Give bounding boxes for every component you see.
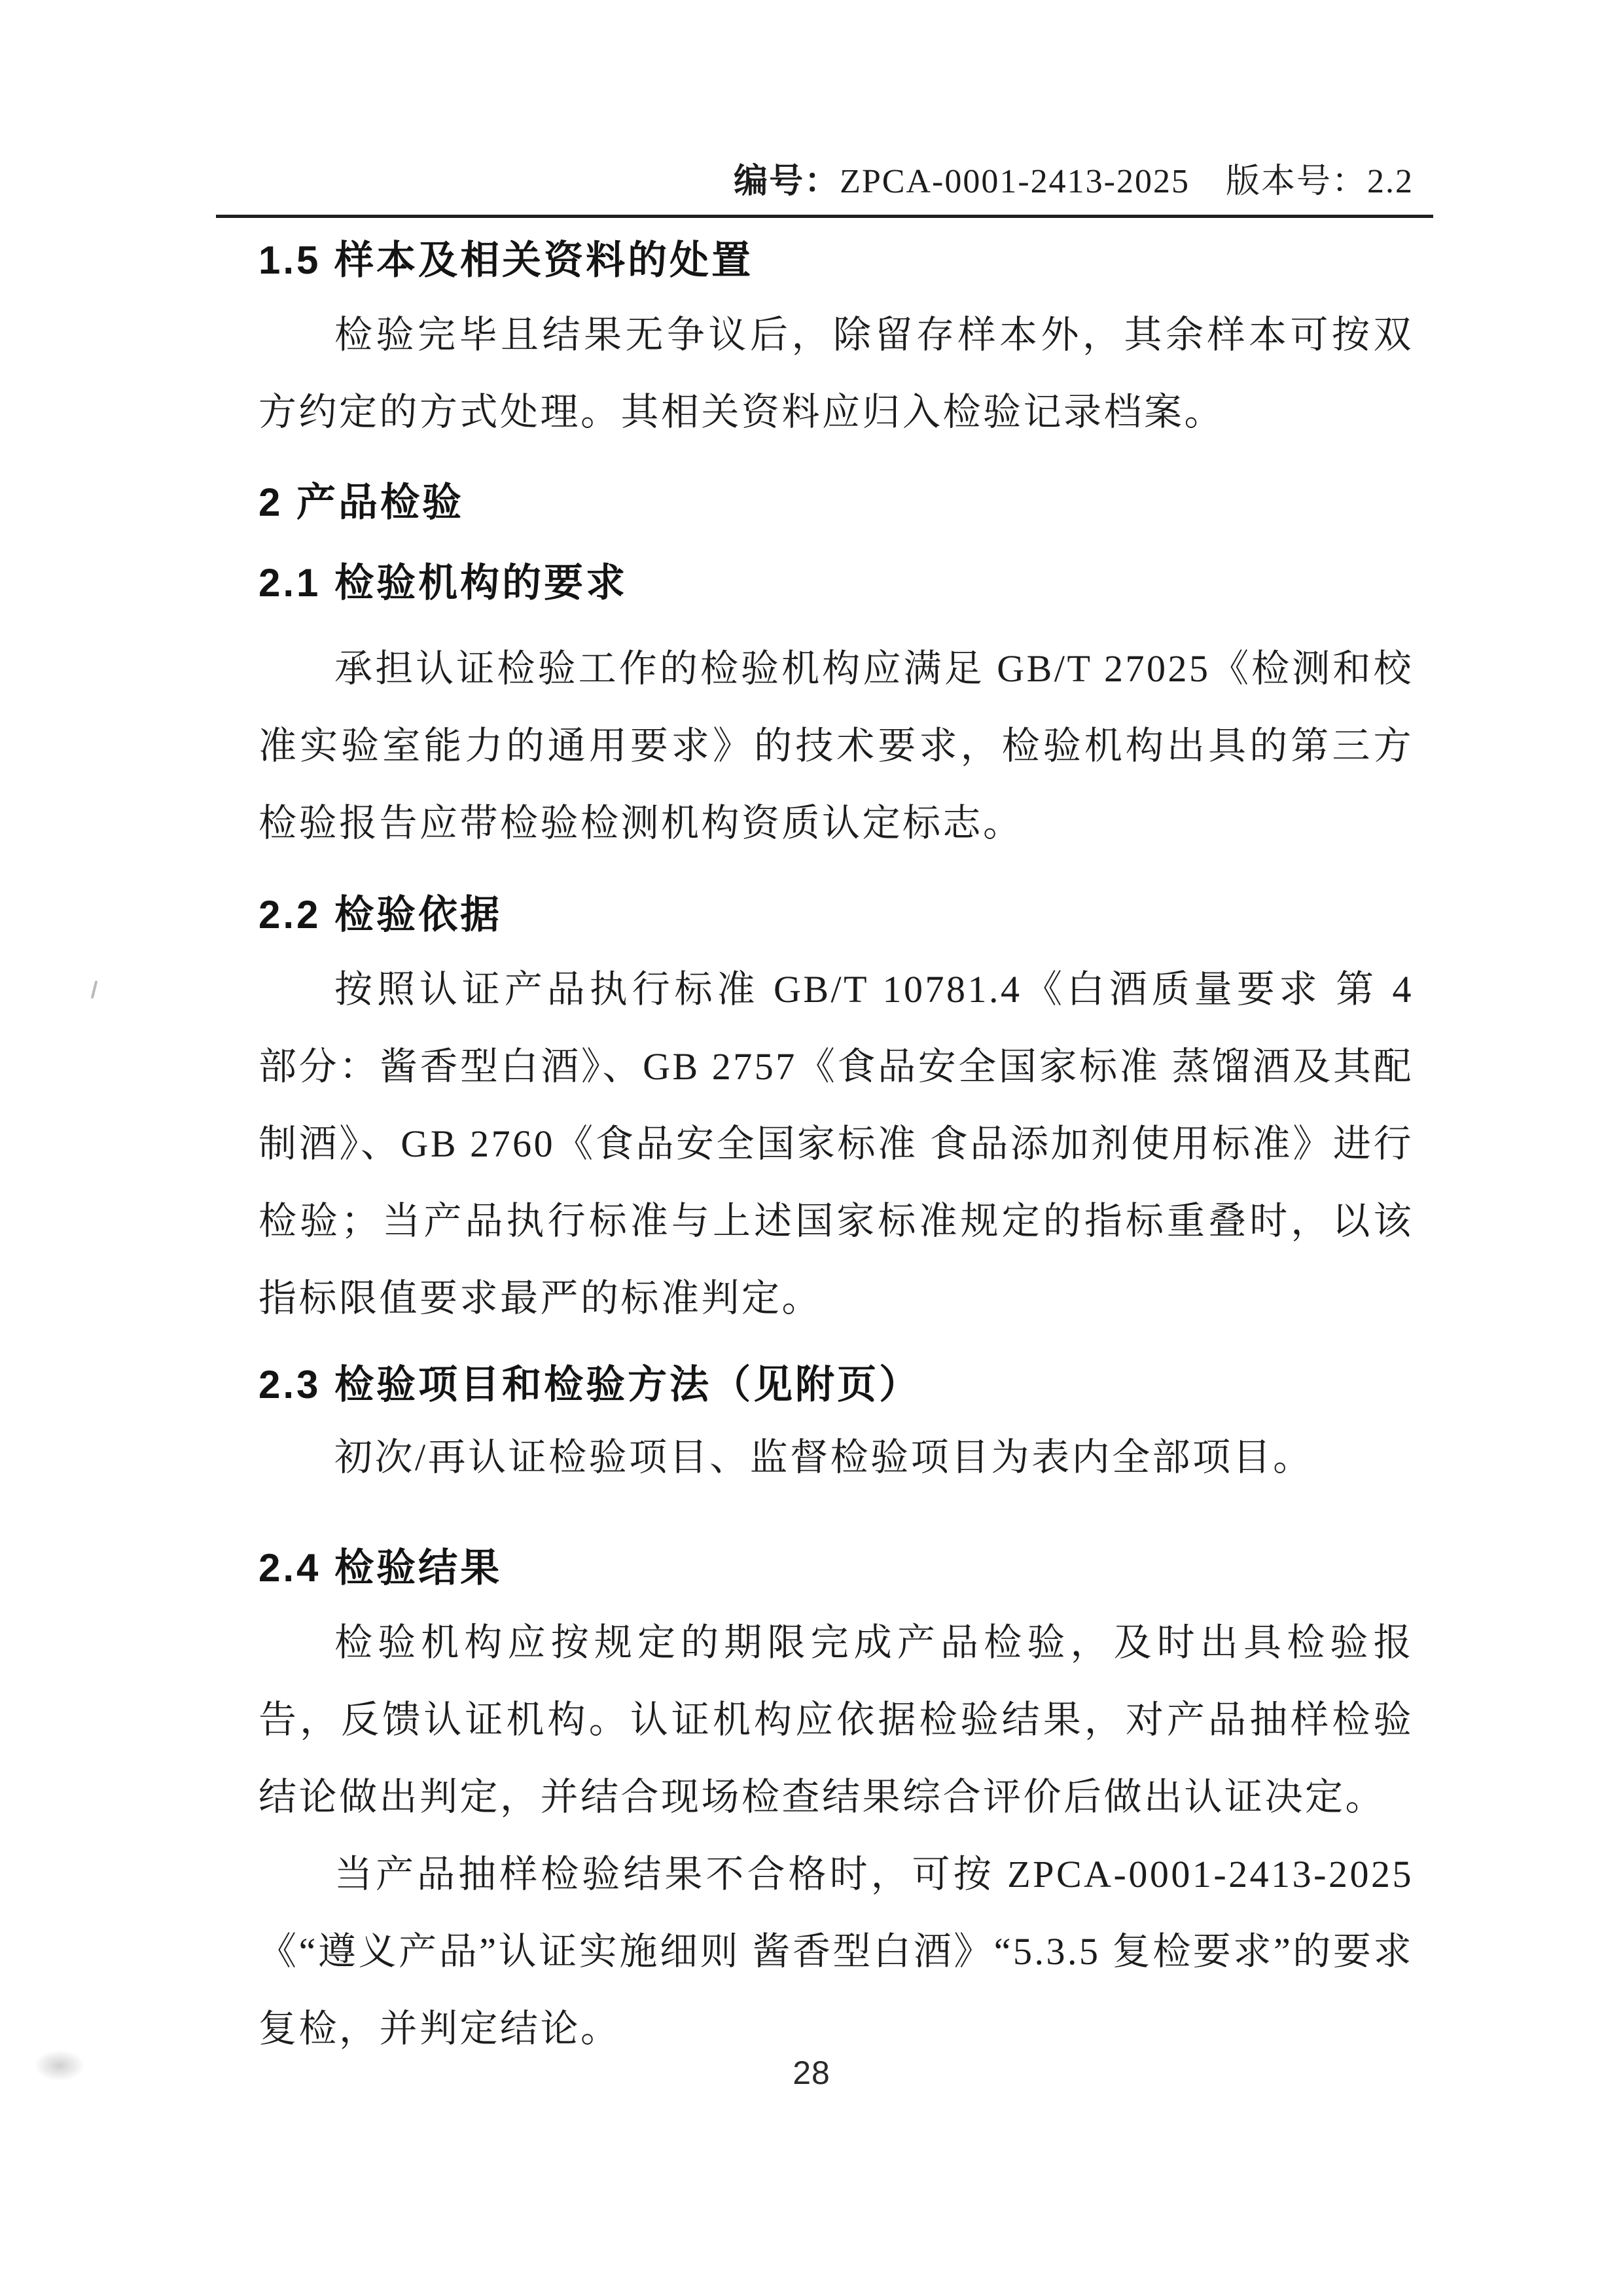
doc-version-label: 版本号： [1226, 163, 1367, 200]
chapter-heading-2: 2 产品检验 [259, 473, 1414, 532]
doc-code-value: ZPCA-0001-2413-2025 [840, 163, 1190, 200]
document-page: 编号：ZPCA-0001-2413-2025版本号：2.2 1.5 样本及相关资… [0, 0, 1623, 2296]
section-2-4-paragraph-2: 当产品抽样检验结果不合格时，可按 ZPCA-0001-2413-2025《“遵义… [259, 1836, 1414, 2068]
section-2-3-paragraph: 初次/再认证检验项目、监督检验项目为表内全部项目。 [259, 1419, 1414, 1496]
header-divider [216, 215, 1433, 218]
section-heading-2-2: 2.2 检验依据 [259, 886, 1414, 944]
page-number: 28 [0, 2054, 1623, 2092]
document-header: 编号：ZPCA-0001-2413-2025版本号：2.2 [259, 160, 1414, 203]
doc-version-value: 2.2 [1367, 163, 1414, 200]
section-1-5-paragraph: 检验完毕且结果无争议后，除留存样本外，其余样本可按双方约定的方式处理。其相关资料… [259, 296, 1414, 451]
section-heading-1-5: 1.5 样本及相关资料的处置 [259, 231, 1414, 290]
section-2-4-paragraph-1: 检验机构应按规定的期限完成产品检验，及时出具检验报告，反馈认证机构。认证机构应依… [259, 1604, 1414, 1836]
section-heading-2-3: 2.3 检验项目和检验方法（见附页） [259, 1355, 1414, 1414]
section-2-1-paragraph: 承担认证检验工作的检验机构应满足 GB/T 27025《检测和校准实验室能力的通… [259, 630, 1414, 862]
section-heading-2-1: 2.1 检验机构的要求 [259, 554, 1414, 613]
scan-artifact-mark [91, 980, 98, 999]
section-2-2-paragraph: 按照认证产品执行标准 GB/T 10781.4《白酒质量要求 第 4 部分：酱香… [259, 951, 1414, 1337]
doc-code-label: 编号： [734, 162, 840, 200]
section-heading-2-4: 2.4 检验结果 [259, 1539, 1414, 1598]
